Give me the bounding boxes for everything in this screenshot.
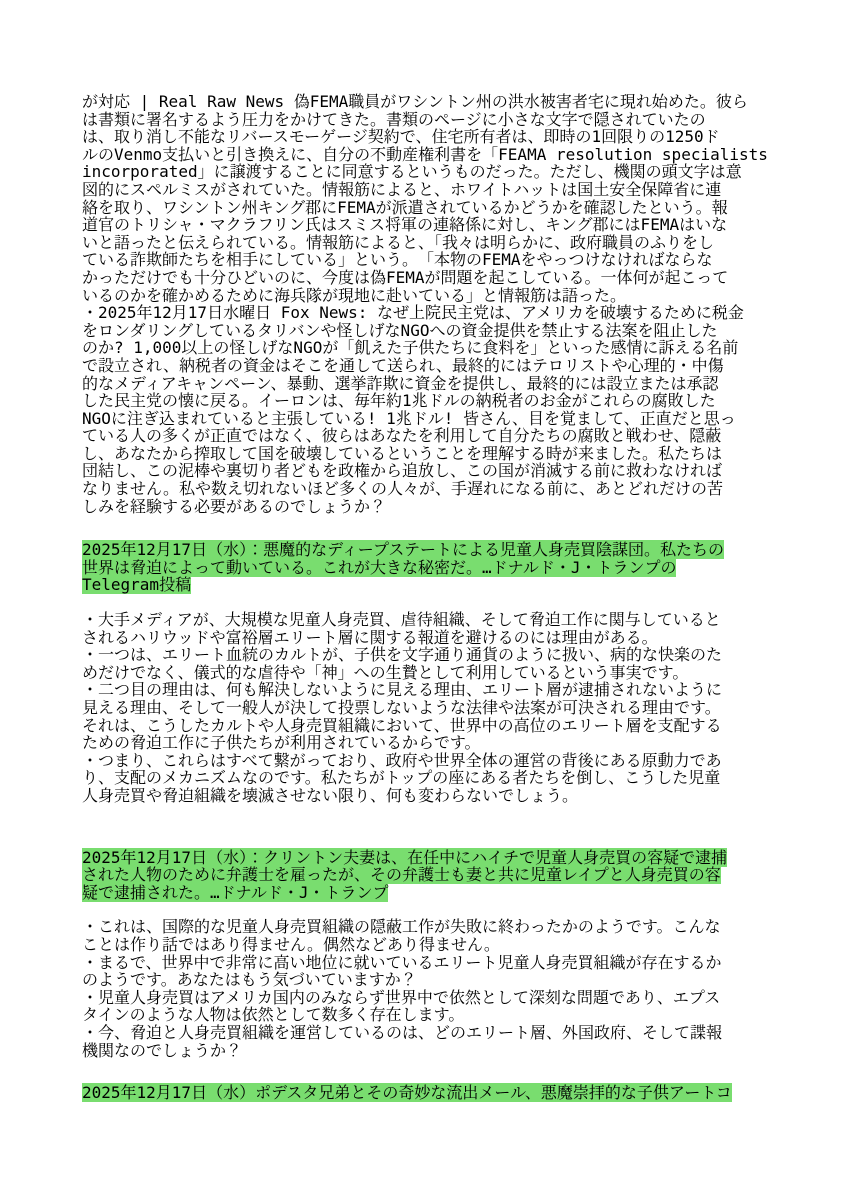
line-text: Telegram投稿 [82,575,191,594]
line-text: は書類に署名するよう圧力をかけてきた。書類のページに小さな文字で隠されていたの [82,110,706,129]
line-text: しみを経験する必要があるのでしょうか？ [82,497,386,516]
text-line: ・まるで、世界中で非常に高い地位に就いているエリート児童人身売買組織が存在するか [82,954,774,972]
text-line: 人身売買や脅迫組織を壊滅させない限り、何も変わらないでしょう。 [82,787,774,805]
document-page: が対応 | Real Raw News 偽FEMA職員がワシントン州の洪水被害者… [0,0,848,1200]
line-text: なりません。私や数え切れないほど多くの人々が、手遅れになる前に、あとどれだけの苦 [82,479,723,498]
text-line: かっただけでも十分ひどいのに、今度は偽FEMAが問題を起こしている。一体何が起こ… [82,269,774,287]
text-line: をロンダリングしているタリバンや怪しげなNGOへの資金提供を禁止する法案を阻止し… [82,322,774,340]
line-text: ・一つは、エリート血統のカルトが、子供を文字通り通貨のように扱い、病的な快楽のた [82,645,722,664]
text-line: 絡を取り、ワシントン州キング郡にFEMAが派遣されているかどうかを確認したという… [82,199,774,217]
line-text: で設立され、納税者の資金はそこを通して送られ、最終的にはテロリストや心理的・中傷 [82,356,724,375]
line-text: incorporated」に譲渡することに同意するというものだった。ただし、機関… [82,162,742,181]
line-text: いと語ったと伝えられている。情報筋によると、「我々は明らかに、政府職員のふりをし [82,233,714,252]
line-text: ・大手メディアが、大規模な児童人身売買、虐待組織、そして脅迫工作に関与していると [82,610,721,629]
line-text: 2025年12月17日（水）：クリントン夫妻は、在任中にハイチで児童人身売買の容… [82,848,727,867]
line-text: ・児童人身売買はアメリカ国内のみならず世界中で依然として深刻な問題であり、エプス [82,988,720,1007]
line-text: それは、こうしたカルトや人身売買組織において、世界中の高位のエリート層を支配する [82,716,722,735]
heading-line: 2025年12月17日（水）：クリントン夫妻は、在任中にハイチで児童人身売買の容… [82,849,774,867]
heading-line: 2025年12月17日（水）ポデスタ兄弟とその奇妙な流出メール、悪魔崇拝的な子供… [82,1084,774,1102]
text-line: し、あなたから搾取して国を破壊しているということを理解する時が来ました。私たちは [82,445,774,463]
line-text: 2025年12月17日（水）：悪魔的なディープステートによる児童人身売買陰謀団。… [82,540,724,559]
text-line: ことは作り話ではあり得ません。偶然などあり得ません。 [82,936,774,954]
text-line: ・つまり、これらはすべて繋がっており、政府や世界全体の運営の背後にある原動力であ [82,752,774,770]
line-text: NGOに注ぎ込まれていると主張している! 1兆ドル! 皆さん、目を覚まして、正直… [82,409,736,428]
text-line: incorporated」に譲渡することに同意するというものだった。ただし、機関… [82,163,774,181]
text-line: タインのような人物は依然として数多く存在します。 [82,1006,774,1024]
text-line: は、取り消し不能なリバースモーゲージ契約で、住宅所有者は、即時の1回限りの125… [82,128,774,146]
line-text: ・今、脅迫と人身売買組織を運営しているのは、どのエリート層、外国政府、そして諜報 [82,1023,722,1042]
line-text: 疑で逮捕された。…ドナルド・J・トランプ [82,883,388,902]
text-line: されるハリウッドや富裕層エリート層に関する報道を避けるのには理由がある。 [82,629,774,647]
line-text: されるハリウッドや富裕層エリート層に関する報道を避けるのには理由がある。 [82,628,658,647]
line-text: 世界は脅迫によって動いている。これが大きな秘密だ。…ドナルド・J・トランプの [82,558,676,577]
line-text: 機関なのでしょうか？ [82,1041,242,1060]
text-line: 図的にスペルミスがされていた。情報筋によると、ホワイトハットは国土安全保障省に連 [82,181,774,199]
highlighted-heading: 2025年12月17日（水）：悪魔的なディープステートによる児童人身売買陰謀団。… [82,541,774,594]
text-line: ルのVenmo支払いと引き換えに、自分の不動産権利書を「FEAMA resolu… [82,146,774,164]
text-line: り、支配のメカニズムなのです。私たちがトップの座にある者たちを倒し、こうした児童 [82,769,774,787]
line-text: ・まるで、世界中で非常に高い地位に就いているエリート児童人身売買組織が存在するか [82,953,722,972]
heading-line: Telegram投稿 [82,576,774,594]
text-line: ・大手メディアが、大規模な児童人身売買、虐待組織、そして脅迫工作に関与していると [82,611,774,629]
text-line: ・児童人身売買はアメリカ国内のみならず世界中で依然として深刻な問題であり、エプス [82,989,774,1007]
line-text: ・つまり、これらはすべて繋がっており、政府や世界全体の運営の背後にある原動力であ [82,751,722,770]
line-text: 人身売買や脅迫組織を壊滅させない限り、何も変わらないでしょう。 [82,786,578,805]
text-line: のようです。あなたはもう気づいていますか？ [82,971,774,989]
text-line: ・一つは、エリート血統のカルトが、子供を文字通り通貨のように扱い、病的な快楽のた [82,646,774,664]
line-text: 図的にスペルミスがされていた。情報筋によると、ホワイトハットは国土安全保障省に連 [82,180,721,199]
text-line: 団結し、この泥棒や裏切り者どもを政権から追放し、この国が消滅する前に救わなければ [82,462,774,480]
text-line: ている人の多くが正直ではなく、彼らはあなたを利用して自分たちの腐敗と戦わせ、隠蔽 [82,427,774,445]
line-text: ・二つ目の理由は、何も解決しないように見える理由、エリート層が逮捕されないように [82,680,722,699]
line-text: のようです。あなたはもう気づいていますか？ [82,970,417,989]
heading-line: 世界は脅迫によって動いている。これが大きな秘密だ。…ドナルド・J・トランプの [82,559,774,577]
text-line: のか? 1,000以上の怪しげなNGOが「飢えた子供たちに食料を」といった感情に… [82,339,774,357]
text-column: が対応 | Real Raw News 偽FEMA職員がワシントン州の洪水被害者… [82,93,774,1102]
heading-line: 疑で逮捕された。…ドナルド・J・トランプ [82,884,774,902]
line-text: かっただけでも十分ひどいのに、今度は偽FEMAが問題を起こしている。一体何が起こ… [82,268,728,287]
heading-line: 2025年12月17日（水）：悪魔的なディープステートによる児童人身売買陰謀団。… [82,541,774,559]
text-line: した民主党の懐に戻る。イーロンは、毎年約1兆ドルの納税者のお金がこれらの腐敗した [82,392,774,410]
line-text: ・これは、国際的な児童人身売買組織の隠蔽工作が失敗に終わったかのようです。こんな [82,917,721,936]
line-text: した民主党の懐に戻る。イーロンは、毎年約1兆ドルの納税者のお金がこれらの腐敗した [82,391,716,410]
text-line: しみを経験する必要があるのでしょうか？ [82,498,774,516]
highlighted-heading: 2025年12月17日（水）：クリントン夫妻は、在任中にハイチで児童人身売買の容… [82,849,774,902]
line-text: をロンダリングしているタリバンや怪しげなNGOへの資金提供を禁止する法案を阻止し… [82,321,717,340]
text-line: ・二つ目の理由は、何も解決しないように見える理由、エリート層が逮捕されないように [82,681,774,699]
line-text: された人物のために弁護士を雇ったが、その弁護士も妻と共に児童レイプと人身売買の容 [82,865,721,884]
text-line: 機関なのでしょうか？ [82,1042,774,1060]
text-line: ・これは、国際的な児童人身売買組織の隠蔽工作が失敗に終わったかのようです。こんな [82,918,774,936]
line-text: ている人の多くが正直ではなく、彼らはあなたを利用して自分たちの腐敗と戦わせ、隠蔽 [82,426,721,445]
line-text: 道官のトリシャ・マクラフリン氏はスミス将軍の連絡係に対し、キング郡にはFEMAは… [82,215,727,234]
line-text: ・2025年12月17日水曜日 Fox News: なぜ上院民主党は、アメリカを… [82,303,744,322]
text-line: 道官のトリシャ・マクラフリン氏はスミス将軍の連絡係に対し、キング郡にはFEMAは… [82,216,774,234]
text-line: は書類に署名するよう圧力をかけてきた。書類のページに小さな文字で隠されていたの [82,111,774,129]
text-paragraph: が対応 | Real Raw News 偽FEMA職員がワシントン州の洪水被害者… [82,93,774,515]
line-text: いるのかを確かめるために海兵隊が現地に赴いている」と情報筋は語った。 [82,286,626,305]
text-line: 的なメディアキャンペーン、暴動、選挙詐欺に資金を提供し、最終的には設立または承認 [82,375,774,393]
line-text: 団結し、この泥棒や裏切り者どもを政権から追放し、この国が消滅する前に救わなければ [82,461,722,480]
line-text: が対応 | Real Raw News 偽FEMA職員がワシントン州の洪水被害者… [82,92,748,111]
text-line: で設立され、納税者の資金はそこを通して送られ、最終的にはテロリストや心理的・中傷 [82,357,774,375]
line-text: 的なメディアキャンペーン、暴動、選挙詐欺に資金を提供し、最終的には設立または承認 [82,374,718,393]
text-line: それは、こうしたカルトや人身売買組織において、世界中の高位のエリート層を支配する [82,717,774,735]
text-paragraph: ・大手メディアが、大規模な児童人身売買、虐待組織、そして脅迫工作に関与していると… [82,611,774,805]
text-line: が対応 | Real Raw News 偽FEMA職員がワシントン州の洪水被害者… [82,93,774,111]
line-text: 2025年12月17日（水）ポデスタ兄弟とその奇妙な流出メール、悪魔崇拝的な子供… [82,1083,732,1102]
text-line: ・2025年12月17日水曜日 Fox News: なぜ上院民主党は、アメリカを… [82,304,774,322]
line-text: ことは作り話ではあり得ません。偶然などあり得ません。 [82,935,500,954]
text-line: めだけでなく、儀式的な虐待や「神」への生贄として利用しているという事実です。 [82,664,774,682]
line-text: ている詐欺師たちを相手にしている」という。 「本物のFEMAをやっつけなければな… [82,250,713,269]
text-line: ている詐欺師たちを相手にしている」という。 「本物のFEMAをやっつけなければな… [82,251,774,269]
line-text: のか? 1,000以上の怪しげなNGOが「飢えた子供たちに食料を」といった感情に… [82,338,738,357]
line-text: は、取り消し不能なリバースモーゲージ契約で、住宅所有者は、即時の1回限りの125… [82,127,720,146]
line-text: 絡を取り、ワシントン州キング郡にFEMAが派遣されているかどうかを確認したという… [82,198,728,217]
text-line: なりません。私や数え切れないほど多くの人々が、手遅れになる前に、あとどれだけの苦 [82,480,774,498]
text-line: ・今、脅迫と人身売買組織を運営しているのは、どのエリート層、外国政府、そして諜報 [82,1024,774,1042]
line-text: タインのような人物は依然として数多く存在します。 [82,1005,464,1024]
line-text: ための脅迫工作に子供たちが利用されているからです。 [82,733,481,752]
heading-line: された人物のために弁護士を雇ったが、その弁護士も妻と共に児童レイプと人身売買の容 [82,866,774,884]
line-text: 見える理由、そして一般人が決して投票しないような法律や法案が可決される理由です。 [82,698,721,717]
text-line: いるのかを確かめるために海兵隊が現地に赴いている」と情報筋は語った。 [82,287,774,305]
text-line: NGOに注ぎ込まれていると主張している! 1兆ドル! 皆さん、目を覚まして、正直… [82,410,774,428]
text-paragraph: ・これは、国際的な児童人身売買組織の隠蔽工作が失敗に終わったかのようです。こんな… [82,918,774,1059]
line-text: り、支配のメカニズムなのです。私たちがトップの座にある者たちを倒し、こうした児童 [82,768,720,787]
line-text: ルのVenmo支払いと引き換えに、自分の不動産権利書を「FEAMA resolu… [82,145,768,164]
highlighted-heading: 2025年12月17日（水）ポデスタ兄弟とその奇妙な流出メール、悪魔崇拝的な子供… [82,1084,774,1102]
line-text: し、あなたから搾取して国を破壊しているということを理解する時が来ました。私たちは [82,444,722,463]
text-line: 見える理由、そして一般人が決して投票しないような法律や法案が可決される理由です。 [82,699,774,717]
line-text: めだけでなく、儀式的な虐待や「神」への生贄として利用しているという事実です。 [82,663,688,682]
text-line: いと語ったと伝えられている。情報筋によると、「我々は明らかに、政府職員のふりをし [82,234,774,252]
text-line: ための脅迫工作に子供たちが利用されているからです。 [82,734,774,752]
